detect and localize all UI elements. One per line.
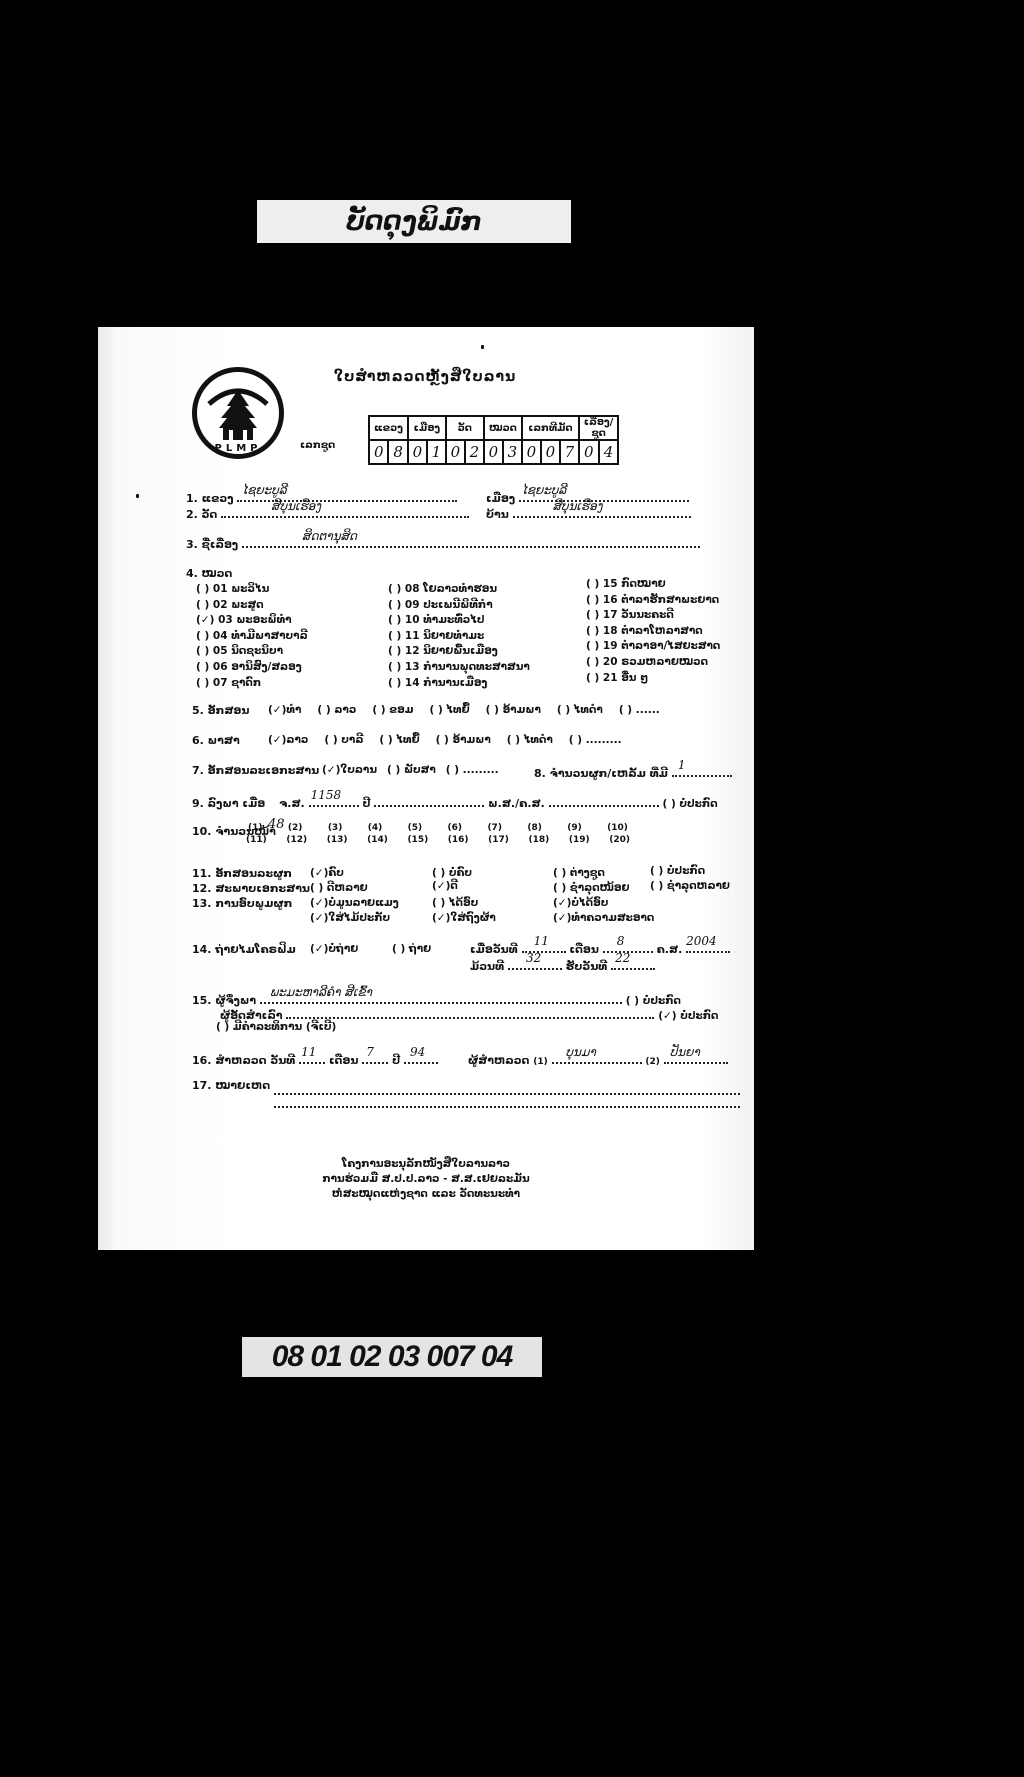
manuscript-code: 08 01 02 03 007 04	[272, 1340, 513, 1374]
language-option[interactable]: ( ) .........	[569, 734, 622, 747]
date-unknown-option[interactable]: ( ) ບໍ່ປະກົດ	[663, 798, 718, 810]
category-option[interactable]: ( ) 08 ໂຍລາວທຳຮອນ	[388, 582, 530, 598]
header-title: ບັດດຸງພິມົກ	[346, 207, 482, 237]
script-option-checked[interactable]: (✓)ທຳ	[268, 704, 301, 717]
manuscript-code-strip: 08 01 02 03 007 04	[242, 1337, 542, 1377]
page-count-bottom-row: (11) (12) (13) (14) (15) (16) (17) (18) …	[246, 835, 630, 845]
form-footer: ໂຄງການອະນຸລັກໜັງສືໃບລານລາວ ການຮ່ວມມື ສ.ປ…	[98, 1157, 754, 1202]
microfilm-option-checked[interactable]: (✓)ບໍ່ຖ່າຍ	[310, 943, 358, 955]
category-option[interactable]: ( ) 15 ກົດໝາຍ	[586, 577, 720, 593]
month-value: 8	[617, 934, 625, 948]
preservation-option-checked[interactable]: (✓)ບໍ່ໄດ້ອົບ	[553, 897, 608, 909]
svg-text:PLMP: PLMP	[215, 443, 262, 454]
cs-year-line: 1158	[309, 794, 359, 807]
category-option[interactable]: ( ) 02 ພະສູດ	[196, 598, 308, 614]
completeness-option[interactable]: ( ) ບໍ່ປະກົດ	[650, 865, 705, 877]
temple-seal-icon: PLMP	[197, 372, 279, 454]
year-line: 2004	[686, 940, 730, 953]
condition-option-checked[interactable]: (✓)ດີ	[432, 880, 458, 892]
language-option[interactable]: ( ) ໄທຍື້	[379, 734, 419, 747]
surveyor-1-number: (1)	[533, 1057, 548, 1067]
category-column-1: ( ) 01 ພະວິໄນ ( ) 02 ພະສູດ (✓) 03 ພະອະພິ…	[196, 582, 308, 691]
colophon-option[interactable]: ( ) ມີຄຳລະທິການ (ຈີເບີ)	[216, 1021, 336, 1033]
category-option[interactable]: ( ) 20 ຣວມຫລາຍໝວດ	[586, 655, 720, 671]
roll-line: 32	[508, 957, 562, 970]
category-option[interactable]: ( ) 01 ພະວິໄນ	[196, 582, 308, 598]
language-option[interactable]: ( ) ໄທດຳ	[507, 734, 553, 747]
day-value: 11	[301, 1045, 316, 1059]
field-material: 7. ອັກສອນລະເອກະສານ (✓)ໃບລານ ( ) ພັບສາ ( …	[192, 764, 499, 777]
preservation-label: 13. ການອົບພູມຜູກ	[192, 897, 292, 910]
id-grid-header: ເລກທີມັດ	[522, 416, 579, 440]
script-option[interactable]: ( ) ໄທດຳ	[557, 704, 603, 717]
district-value-line: ໄຊຍະບູລີ	[519, 489, 689, 502]
month-line: 7	[362, 1051, 388, 1064]
field-label: 6. ພາສາ	[192, 734, 252, 747]
copyist-line	[286, 1006, 654, 1019]
material-option[interactable]: ( ) .........	[446, 764, 499, 777]
condition-label: 12. ສະພາບເອກະສານ	[192, 882, 310, 895]
script-option[interactable]: ( ) ອ້າມພາ	[486, 704, 541, 717]
field-date-written: 9. ລົງພາ ເມື່ອ ຈ.ສ. 1158 ປີ ພ.ສ./ຄ.ສ. ( …	[192, 794, 718, 810]
category-option[interactable]: ( ) 06 ອານິສົງ/ສລອງ	[196, 660, 308, 676]
category-option-checked[interactable]: (✓) 03 ພະອະພິທຳ	[196, 613, 308, 629]
field-copyist: ຜູ້ອັດສຳເລົາ (✓) ບໍ່ປະກົດ	[220, 1006, 718, 1022]
field-label: 3. ຊື່ເລື່ອງ	[186, 538, 238, 551]
surveyor-2-name: ປັນຍາ	[670, 1045, 700, 1059]
id-digit: 3	[503, 440, 522, 464]
frame-line: 22	[611, 957, 655, 970]
temple-value: ສີບຸນເຮືອງ	[271, 499, 321, 513]
id-label: ເລກຊູດ	[300, 440, 335, 451]
temple-value-line: ສີບຸນເຮືອງ	[221, 505, 469, 518]
district-value: ໄຊຍະບູລີ	[521, 483, 566, 497]
village-value-line: ສີບຸນເຮືອງ	[513, 505, 691, 518]
preservation-option[interactable]: ( ) ໄດ້ອົບ	[432, 897, 478, 909]
footer-line: ຫໍສະໝຸດແຫ່ງຊາດ ແລະ ວັດທະນະທຳ	[98, 1187, 754, 1202]
category-option[interactable]: ( ) 13 ກຳນານພຸດທະສາສນາ	[388, 660, 530, 676]
id-digit: 2	[465, 440, 484, 464]
field-label: 16. ສຳຫລວດ	[192, 1054, 267, 1067]
language-option-checked[interactable]: (✓)ລາວ	[268, 734, 308, 747]
surveyors-label: ຜູ້ສຳຫລວດ	[468, 1054, 529, 1067]
roll-label: ມ້ວນທີ	[470, 960, 504, 973]
id-digit: 0	[484, 440, 503, 464]
id-digit: 0	[446, 440, 465, 464]
plmp-logo: PLMP	[192, 367, 284, 459]
copyist-unknown-option-checked[interactable]: (✓) ບໍ່ປະກົດ	[658, 1010, 718, 1022]
footer-line: ໂຄງການອະນຸລັກໜັງສືໃບລານລາວ	[98, 1157, 754, 1172]
microfilm-date: ເມື່ອວັນທີ 11 ເດືອນ 8 ຄ.ສ. 2004	[470, 940, 730, 956]
category-option[interactable]: ( ) 14 ກຳນານເມືອງ	[388, 676, 530, 692]
completeness-option-checked[interactable]: (✓)ຄົບ	[310, 867, 344, 879]
id-digit: 8	[388, 440, 407, 464]
field-label: 7. ອັກສອນລະເອກະສານ	[192, 764, 312, 777]
id-digit: 0	[522, 440, 541, 464]
sponsor-line: ພະມະຫາລີຄຳ ສີເຂົ້າ	[260, 991, 622, 1004]
field-village: ບ້ານ ສີບຸນເຮືອງ	[486, 505, 691, 521]
condition-option[interactable]: ( ) ດີຫລາຍ	[310, 882, 368, 894]
bundle-count-line: 1	[672, 764, 732, 777]
field-bundle-count: 8. ຈຳນວນຜູກ/ເຫລັ້ມ ທີ່ມີ 1	[534, 764, 732, 780]
day-label: ວັນທີ	[270, 1054, 295, 1067]
category-option[interactable]: ( ) 10 ທຳມະທົ່ວໄປ	[388, 613, 530, 629]
page-count-top-row: (1) (2) (3) (4) (5) (6) (7) (8) (9) (10)	[248, 823, 628, 833]
id-digit: 0	[369, 440, 388, 464]
category-option[interactable]: ( ) 11 ນິຍາຍທຳມະ	[388, 629, 530, 645]
field-label: 1. ແຂວງ	[186, 492, 233, 505]
id-code-grid: ແຂວງ ເມືອງ ວັດ ໝວດ ເລກທີມັດ ເລື່ອງ/ຊູດ 0…	[368, 415, 619, 465]
document-page: PLMP ໃບສຳຫລວດຫຼັງສືໃບລານ ເລກຊູດ ແຂວງ ເມື…	[98, 327, 754, 1250]
village-value: ສີບຸນເຮືອງ	[553, 499, 603, 513]
category-option[interactable]: ( ) 04 ທຳມີພາສາບາລີ	[196, 629, 308, 645]
frame-value: 22	[615, 951, 630, 965]
category-column-3: ( ) 15 ກົດໝາຍ ( ) 16 ຕຳລາຮັກສາພະຍາດ ( ) …	[586, 577, 720, 686]
id-grid-header: ໝວດ	[484, 416, 522, 440]
year-label: ປີ	[362, 797, 370, 810]
field-label: ເມືອງ	[486, 492, 515, 505]
cs-label: ຈ.ສ.	[279, 797, 305, 810]
preservation-option-checked[interactable]: (✓)ໃສ່ໄມ້ປະກັບ	[310, 912, 390, 924]
id-grid-header: ເມືອງ	[408, 416, 446, 440]
speck	[481, 345, 484, 349]
month-value: 7	[366, 1045, 374, 1059]
category-option[interactable]: ( ) 18 ຕຳລາໂຫລາສາດ	[586, 624, 720, 640]
be-label: ພ.ສ./ຄ.ສ.	[488, 797, 545, 810]
microfilm-roll: ມ້ວນທີ 32 ຮັບວັນທີ 22	[470, 957, 655, 973]
category-option[interactable]: ( ) 09 ປະເພນີພິທີກຳ	[388, 598, 530, 614]
category-column-2: ( ) 08 ໂຍລາວທຳຮອນ ( ) 09 ປະເພນີພິທີກຳ ( …	[388, 582, 530, 691]
title-value: ສິດຕານຸສິດ	[302, 529, 357, 543]
sponsor-value: ພະມະຫາລີຄຳ ສີເຂົ້າ	[270, 985, 372, 999]
material-option[interactable]: ( ) ພັບສາ	[387, 764, 436, 777]
surveyor-2-line: ປັນຍາ	[664, 1051, 728, 1064]
id-digit: 1	[427, 440, 446, 464]
category-option[interactable]: ( ) 16 ຕຳລາຮັກສາພະຍາດ	[586, 593, 720, 609]
year-line: 94	[404, 1051, 438, 1064]
field-label: 5. ອັກສອນ	[192, 704, 252, 717]
id-digit: 0	[579, 440, 599, 464]
condition-option[interactable]: ( ) ຊຳລຸດໜ້ອຍ	[553, 882, 630, 894]
frame-label: ຮັບວັນທີ	[566, 960, 608, 973]
remarks-line-1[interactable]	[274, 1082, 740, 1095]
script-option[interactable]: ( ) ລາວ	[317, 704, 356, 717]
year-label: ຄ.ສ.	[657, 943, 683, 956]
field-survey: 16. ສຳຫລວດ ວັນທີ 11 ເດືອນ 7 ປີ 94	[192, 1051, 438, 1067]
preservation-option-checked[interactable]: (✓)ໃສ່ຖົງຜ້າ	[432, 912, 496, 924]
field-language: 6. ພາສາ (✓)ລາວ ( ) ບາລີ ( ) ໄທຍື້ ( ) ອ້…	[192, 734, 622, 747]
material-option-checked[interactable]: (✓)ໃບລານ	[322, 764, 377, 777]
date-label: ເມື່ອວັນທີ	[470, 943, 518, 956]
category-label: 4. ໝວດ	[186, 567, 232, 580]
roll-value: 32	[526, 951, 541, 965]
surveyor-1-name: ບຸນມາ	[566, 1045, 596, 1059]
id-grid-header: ເລື່ອງ/ຊູດ	[579, 416, 618, 440]
field-sponsor: 15. ຜູ້ຈຶ່ງພາ ພະມະຫາລີຄຳ ສີເຂົ້າ ( ) ບໍ່…	[192, 991, 681, 1007]
category-option[interactable]: ( ) 17 ວັນນະຄະດີ	[586, 608, 720, 624]
month-label: ເດືອນ	[569, 943, 598, 956]
language-option[interactable]: ( ) ອ້າມພາ	[436, 734, 491, 747]
category-option[interactable]: ( ) 19 ຕຳລາອາ/ໄສຍະສາດ	[586, 639, 720, 655]
year-value: 94	[410, 1045, 425, 1059]
id-grid-header: ແຂວງ	[369, 416, 408, 440]
id-digit: 4	[599, 440, 619, 464]
id-grid-header: ວັດ	[446, 416, 484, 440]
category-option[interactable]: ( ) 21 ອື່ນ ໆ	[586, 671, 720, 687]
category-option[interactable]: ( ) 05 ນິດຊະນິບາ	[196, 644, 308, 660]
field-province: 1. ແຂວງ ໄຊຍະບູລີ	[186, 489, 457, 505]
script-option[interactable]: ( ) ໄທຍື້	[429, 704, 469, 717]
field-label: 8. ຈຳນວນຜູກ/ເຫລັ້ມ ທີ່ມີ	[534, 767, 668, 780]
year-line	[374, 794, 484, 807]
preservation-option-checked[interactable]: (✓)ທຳຄວາມສະອາດ	[553, 912, 654, 924]
remarks-label: 17. ໝາຍເຫດ	[192, 1079, 270, 1092]
id-digit: 0	[408, 440, 427, 464]
language-option[interactable]: ( ) ບາລີ	[324, 734, 363, 747]
date-value: 11	[534, 934, 549, 948]
field-temple: 2. ວັດ ສີບຸນເຮືອງ	[186, 505, 469, 521]
condition-option[interactable]: ( ) ຊຳລຸດຫລາຍ	[650, 880, 730, 892]
be-line	[549, 794, 659, 807]
id-digit: 7	[560, 440, 579, 464]
completeness-label: 11. ອັກສອນລະຜູກ	[192, 867, 292, 880]
field-label: 9. ລົງພາ ເມື່ອ	[192, 797, 265, 810]
preservation-option-checked[interactable]: (✓)ບໍ່ມູນລາຍແມງ	[310, 897, 399, 909]
completeness-option[interactable]: ( ) ບໍ່ຄົບ	[432, 867, 472, 879]
year-label: ປີ	[392, 1054, 400, 1067]
id-grid-header-row: ແຂວງ ເມືອງ ວັດ ໝວດ ເລກທີມັດ ເລື່ອງ/ຊູດ	[369, 416, 618, 440]
microfilm-option[interactable]: ( ) ຖ່າຍ	[392, 943, 431, 955]
id-digit: 0	[541, 440, 560, 464]
field-script: 5. ອັກສອນ (✓)ທຳ ( ) ລາວ ( ) ຂອມ ( ) ໄທຍື…	[192, 704, 660, 717]
day-line: 11	[299, 1051, 325, 1064]
bundle-count-value: 1	[678, 758, 686, 772]
category-option[interactable]: ( ) 07 ຊາດົກ	[196, 676, 308, 692]
field-title: 3. ຊື່ເລື່ອງ ສິດຕານຸສິດ	[186, 535, 700, 551]
script-option[interactable]: ( ) ......	[619, 704, 660, 717]
year-value: 2004	[686, 934, 717, 948]
month-label: ເດືອນ	[329, 1054, 358, 1067]
microfilm-label: 14. ຖ່າຍໄມໂຄຣຟິມ	[192, 943, 296, 956]
cs-year-value: 1158	[311, 788, 342, 802]
field-surveyors: ຜູ້ສຳຫລວດ (1) ບຸນມາ (2) ປັນຍາ	[468, 1051, 728, 1067]
form-title: ໃບສຳຫລວດຫຼັງສືໃບລານ	[334, 369, 516, 385]
completeness-option[interactable]: ( ) ຕ່າງຊູດ	[553, 867, 605, 879]
speck	[136, 494, 139, 498]
surveyor-2-number: (2)	[645, 1057, 660, 1067]
category-option[interactable]: ( ) 12 ນິຍາຍພື້ນເມືອງ	[388, 644, 530, 660]
footer-line: ການຮ່ວມມື ສ.ປ.ປ.ລາວ - ສ.ສ.ເຢຍລະມັນ	[98, 1172, 754, 1187]
remarks-line-2[interactable]	[274, 1095, 740, 1108]
field-label: ບ້ານ	[486, 508, 509, 521]
header-strip: ບັດດຸງພິມົກ	[257, 200, 571, 243]
field-label: 2. ວັດ	[186, 508, 217, 521]
script-option[interactable]: ( ) ຂອມ	[372, 704, 413, 717]
surveyor-1-line: ບຸນມາ	[552, 1051, 642, 1064]
title-value-line: ສິດຕານຸສິດ	[242, 535, 700, 548]
id-grid-value-row: 0 8 0 1 0 2 0 3 0 0 7 0 4	[369, 440, 618, 464]
province-value: ໄຊຍະບູລີ	[241, 483, 286, 497]
